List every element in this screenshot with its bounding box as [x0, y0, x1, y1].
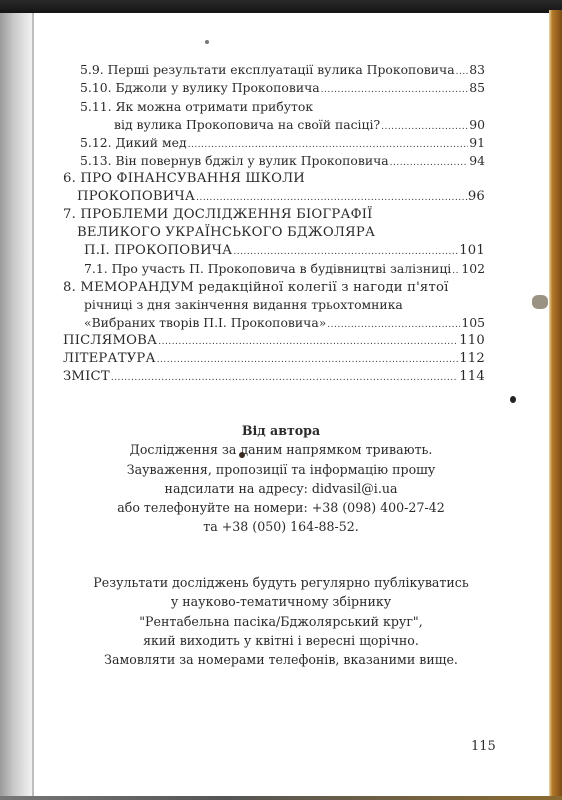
- memorandum-title: 8. МЕМОРАНДУМ редакційної колегії з наго…: [63, 280, 449, 295]
- leader-dots: [157, 352, 459, 368]
- toc-entry-title: ПРОКОПОВИЧА: [77, 189, 195, 205]
- leader-dots: [321, 82, 469, 98]
- toc-entry[interactable]: ПІСЛЯМОВА110: [63, 333, 485, 350]
- leader-dots: [456, 64, 469, 80]
- book-gutter-shadow: [0, 13, 33, 798]
- toc-entry[interactable]: від вулика Прокоповича на своїй пасіці?9…: [114, 117, 485, 135]
- toc-entry-title-line: 5.11. Як можна отримати прибуток: [80, 99, 313, 115]
- publication-note: Результати досліджень будуть регулярно п…: [0, 573, 562, 669]
- toc-entry[interactable]: 5.10. Бджоли у вулику Прокоповича85: [80, 80, 485, 98]
- toc-entry-title-line: 7. ПРОБЛЕМИ ДОСЛІДЖЕННЯ БІОГРАФІЇ: [63, 207, 373, 223]
- scan-speck: [205, 40, 209, 44]
- leader-dots: [390, 155, 469, 171]
- toc-entry[interactable]: ЛІТЕРАТУРА112: [63, 351, 485, 368]
- toc-entry-title: «Вибраних творів П.І. Прокоповича»: [84, 315, 326, 331]
- toc-entry-title: 5.10. Бджоли у вулику Прокоповича: [80, 80, 320, 96]
- toc-entry-page: 91: [469, 135, 485, 151]
- toc-entry-title: 5.9. Перші результати експлуатації вулик…: [80, 62, 455, 78]
- toc-entry-title-line: 8. МЕМОРАНДУМ редакційної колегії з наго…: [63, 279, 449, 296]
- leader-dots: [111, 370, 458, 386]
- publication-note-line: у науково-тематичному збірнику: [0, 592, 562, 611]
- toc-entry-title: 5.13. Він повернув бджіл у вулик Прокопо…: [80, 153, 389, 169]
- toc-entry[interactable]: 7.1. Про участь П. Прокоповича в будівни…: [84, 261, 485, 279]
- scan-speck: [239, 452, 245, 458]
- toc-entry-page: 85: [469, 80, 485, 96]
- toc-entry-title: 7.1. Про участь П. Прокоповича в будівни…: [84, 261, 451, 277]
- author-note-line: Зауваження, пропозиції та інформацію про…: [0, 460, 562, 479]
- toc-entry-title: ЛІТЕРАТУРА: [63, 351, 156, 367]
- toc-entry[interactable]: «Вибраних творів П.І. Прокоповича»105: [84, 315, 485, 333]
- toc-entry-page: 112: [459, 351, 485, 367]
- author-note-heading: Від автора: [0, 421, 562, 440]
- toc-entry[interactable]: 5.13. Він повернув бджіл у вулик Прокопо…: [80, 153, 485, 171]
- toc-entry-page: 83: [469, 62, 485, 78]
- toc-entry-title: від вулика Прокоповича на своїй пасіці?: [114, 117, 380, 133]
- toc-entry[interactable]: П.І. ПРОКОПОВИЧА101: [84, 243, 485, 260]
- leader-dots: [188, 137, 469, 153]
- toc-entry-title-line: річниці з дня закінчення видання трьохто…: [84, 297, 403, 313]
- toc-entry-title-line: 6. ПРО ФІНАНСУВАННЯ ШКОЛИ: [63, 171, 305, 187]
- book-cover-edge: [549, 10, 562, 800]
- leader-dots: [327, 317, 460, 333]
- toc-entry-page: 94: [469, 153, 485, 169]
- toc-entry-title-line: ВЕЛИКОГО УКРАЇНСЬКОГО БДЖОЛЯРА: [77, 225, 375, 241]
- leader-dots: [452, 263, 460, 279]
- publication-note-line: "Рентабельна пасіка/Бджолярський круг",: [0, 612, 562, 631]
- scan-top-edge: [0, 0, 562, 13]
- toc-entry[interactable]: ПРОКОПОВИЧА96: [77, 189, 485, 206]
- leader-dots: [233, 244, 458, 260]
- page-number: 115: [471, 739, 496, 754]
- toc-entry-title: П.І. ПРОКОПОВИЧА: [84, 243, 232, 259]
- toc-entry[interactable]: 5.12. Дикий мед91: [80, 135, 485, 153]
- toc-entry-title: ЗМІСТ: [63, 369, 110, 385]
- toc-entry[interactable]: 5.9. Перші результати експлуатації вулик…: [80, 62, 485, 80]
- toc-entry-page: 96: [468, 189, 485, 205]
- toc-entry-page: 101: [459, 243, 485, 259]
- scan-bottom-edge: [0, 796, 562, 800]
- toc-entry-page: 90: [469, 117, 485, 133]
- leader-dots: [196, 190, 467, 206]
- toc-entry[interactable]: ЗМІСТ114: [63, 369, 485, 386]
- leader-dots: [158, 334, 458, 350]
- author-note-line: або телефонуйте на номери: +38 (098) 400…: [0, 498, 562, 517]
- leader-dots: [381, 119, 468, 135]
- scan-speck: [510, 396, 516, 403]
- toc-entry-page: 105: [461, 315, 485, 331]
- toc-entry-page: 114: [459, 369, 485, 385]
- author-note-line: та +38 (050) 164-88-52.: [0, 517, 562, 536]
- toc-entry-title: ПІСЛЯМОВА: [63, 333, 157, 349]
- toc-entry-page: 102: [461, 261, 485, 277]
- publication-note-line: Замовляти за номерами телефонів, вказани…: [0, 650, 562, 669]
- author-note-line: надсилати на адресу: didvasil@i.ua: [0, 479, 562, 498]
- scan-stain: [532, 295, 548, 309]
- toc-entry-page: 110: [459, 333, 485, 349]
- author-note: Від автора Дослідження за даним напрямко…: [0, 421, 562, 537]
- author-note-line: Дослідження за даним напрямком тривають.: [0, 440, 562, 459]
- publication-note-line: який виходить у квітні і вересні щорічно…: [0, 631, 562, 650]
- publication-note-line: Результати досліджень будуть регулярно п…: [0, 573, 562, 592]
- toc-entry-title: 5.12. Дикий мед: [80, 135, 187, 151]
